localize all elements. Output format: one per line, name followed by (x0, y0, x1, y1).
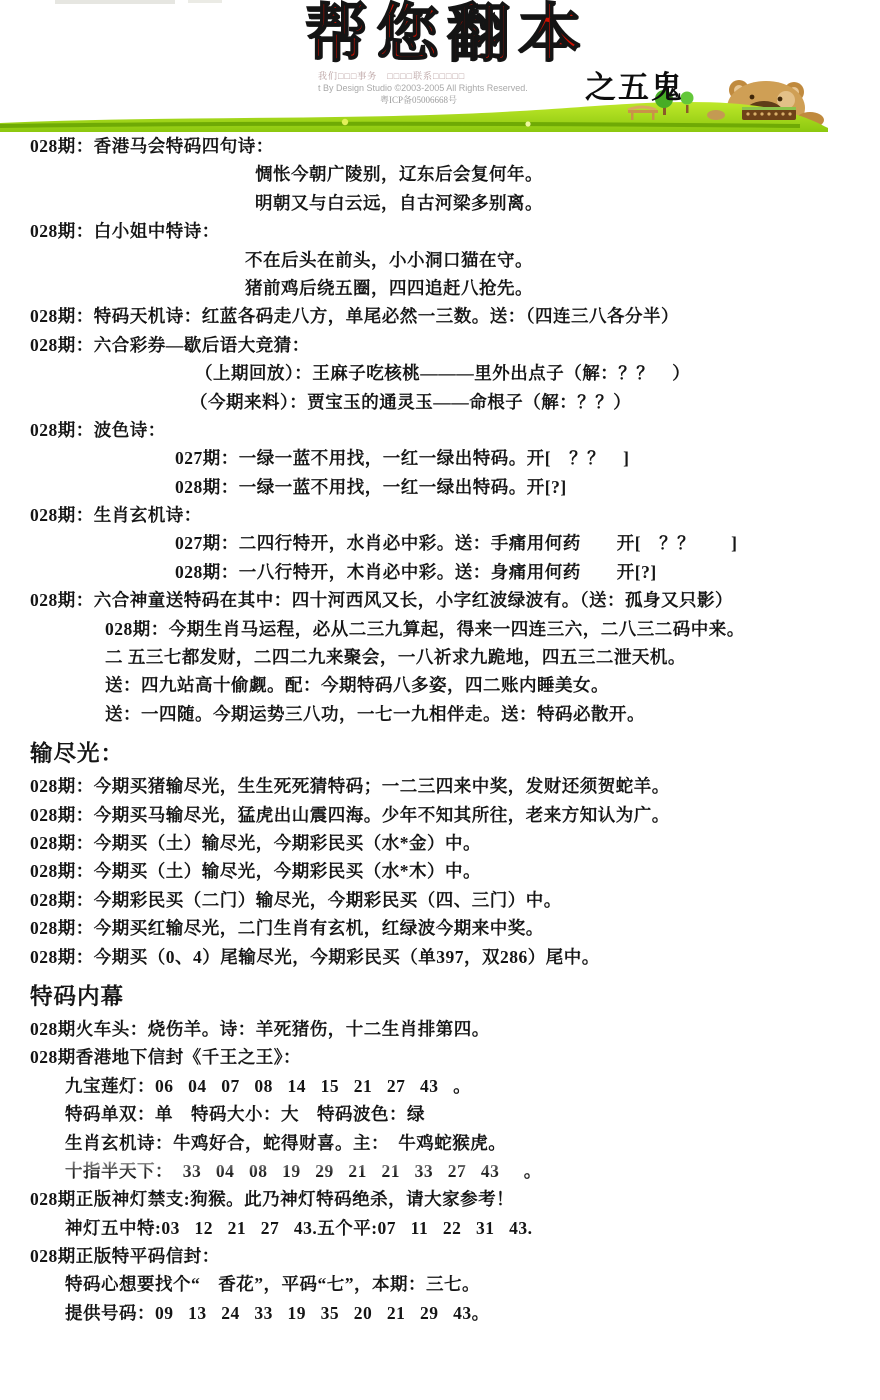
scan-artifact (188, 0, 222, 3)
text-line: 028期：白小姐中特诗： (0, 217, 880, 245)
text-line: 028期：特码天机诗：红蓝各码走八方，单尾必然一三数。送：（四连三八各分半） (0, 302, 880, 330)
text-line: 十指半天下： 33 04 08 19 29 21 21 33 27 43 。 (0, 1157, 880, 1185)
text-line: 生肖玄机诗：牛鸡好合，蛇得财喜。主： 牛鸡蛇猴虎。 (0, 1129, 880, 1157)
text-line: 028期：一八行特开，木肖必中彩。送：身痛用何药 开[?] (0, 558, 880, 586)
text-line: 028期：今期买（0、4）尾输尽光，今期彩民买（单397，双286）尾中。 (0, 943, 880, 971)
text-line: 028期正版特平码信封： (0, 1242, 880, 1270)
text-line: 028期：今期买马输尽光，猛虎出山震四海。少年不知其所往，老来方知认为广。 (0, 801, 880, 829)
text-line: 明朝又与白云远，自古河梁多别离。 (0, 189, 880, 217)
fence-icon (742, 107, 796, 120)
text-line: 送：一四随。今期运势三八功，一七一九相伴走。送：特码必散开。 (0, 700, 880, 728)
text-line: 九宝莲灯：06 04 07 08 14 15 21 27 43 。 (0, 1072, 880, 1100)
text-line: 不在后头在前头，小小洞口猫在守。 (0, 246, 880, 274)
text-line: 提供号码：09 13 24 33 19 35 20 21 29 43。 (0, 1299, 880, 1327)
grass-edge-line (0, 124, 800, 126)
text-line: 028期：今期买（土）输尽光，今期彩民买（水*金）中。 (0, 829, 880, 857)
text-line: （上期回放）：王麻子吃核桃———里外出点子（解：？？ ） (0, 359, 880, 387)
text-line: 送：四九站高十偷觑。配：今期特码八多姿，四二账内睡美女。 (0, 671, 880, 699)
text-line: 028期：今期买（土）输尽光，今期彩民买（水*木）中。 (0, 857, 880, 885)
grass-banner-illustration (0, 78, 880, 132)
text-line: 028期：香港马会特码四句诗： (0, 132, 880, 160)
content: 028期：香港马会特码四句诗：惆怅今朝广陵别，辽东后会复何年。明朝又与白云远，自… (0, 132, 880, 1327)
text-line: 027期：二四行特开，水肖必中彩。送：手痛用何药 开[ ？？ ] (0, 529, 880, 557)
text-line: 028期：生肖玄机诗： (0, 501, 880, 529)
scan-artifact (55, 0, 175, 4)
section-heading: 特码内幕 (0, 979, 880, 1015)
page-title-suffix: 之五鬼 (585, 62, 684, 107)
text-line: 027期：一绿一蓝不用找，一红一绿出特码。开[ ？？ ] (0, 444, 880, 472)
text-line: 猪前鸡后绕五圈，四四追赶八抢先。 (0, 274, 880, 302)
text-line: 神灯五中特:03 12 21 27 43.五个平:07 11 22 31 43. (0, 1214, 880, 1242)
flower-icon (342, 119, 348, 125)
flower-icon (525, 121, 530, 126)
text-line: 028期正版神灯禁支:狗猴。此乃神灯特码绝杀，请大家参考！ (0, 1185, 880, 1213)
text-line: 028期：六合神童送特码在其中：四十河西风又长，小字红波绿波有。（送：孤身又只影… (0, 586, 880, 614)
text-line: 028期：一绿一蓝不用找，一红一绿出特码。开[?] (0, 473, 880, 501)
text-line: 028期：波色诗： (0, 416, 880, 444)
text-line: 二 五三七都发财，二四二九来聚会，一八祈求九跪地，四五三二泄天机。 (0, 643, 880, 671)
grass-hill (0, 102, 828, 132)
page-title: 帮您翻本 (305, 2, 589, 66)
text-line: 028期：六合彩券—歇后语大竞猜： (0, 331, 880, 359)
text-line: 028期：今期买猪输尽光，生生死死猜特码；一二三四来中奖，发财还须贺蛇羊。 (0, 772, 880, 800)
text-line: 028期：今期买红输尽光，二门生肖有玄机，红绿波今期来中奖。 (0, 914, 880, 942)
text-line: 028期：今期彩民买（二门）输尽光，今期彩民买（四、三门）中。 (0, 886, 880, 914)
text-line: 028期香港地下信封《千王之王》： (0, 1043, 880, 1071)
text-line: 惆怅今朝广陵别，辽东后会复何年。 (0, 160, 880, 188)
text-line: 特码心想要找个“ 香花”，平码“七”，本期：三七。 (0, 1270, 880, 1298)
text-line: （今期来料）：贾宝玉的通灵玉——命根子（解：？？） (0, 388, 880, 416)
page-header: 我们□□□事务 □□□□联系□□□□□ t By Design Studio ©… (0, 0, 880, 132)
text-line: 特码单双：单 特码大小：大 特码波色：绿 (0, 1100, 880, 1128)
section-heading: 输尽光： (0, 736, 880, 772)
text-line: 028期火车头：烧伤羊。诗：羊死猪伤，十二生肖排第四。 (0, 1015, 880, 1043)
stone-icon (707, 110, 725, 120)
text-line: 028期：今期生肖马运程，必从二三九算起，得来一四连三六，二八三二码中来。 (0, 615, 880, 643)
page: { "header": { "title": "帮您翻本", "title_su… (0, 0, 880, 1400)
